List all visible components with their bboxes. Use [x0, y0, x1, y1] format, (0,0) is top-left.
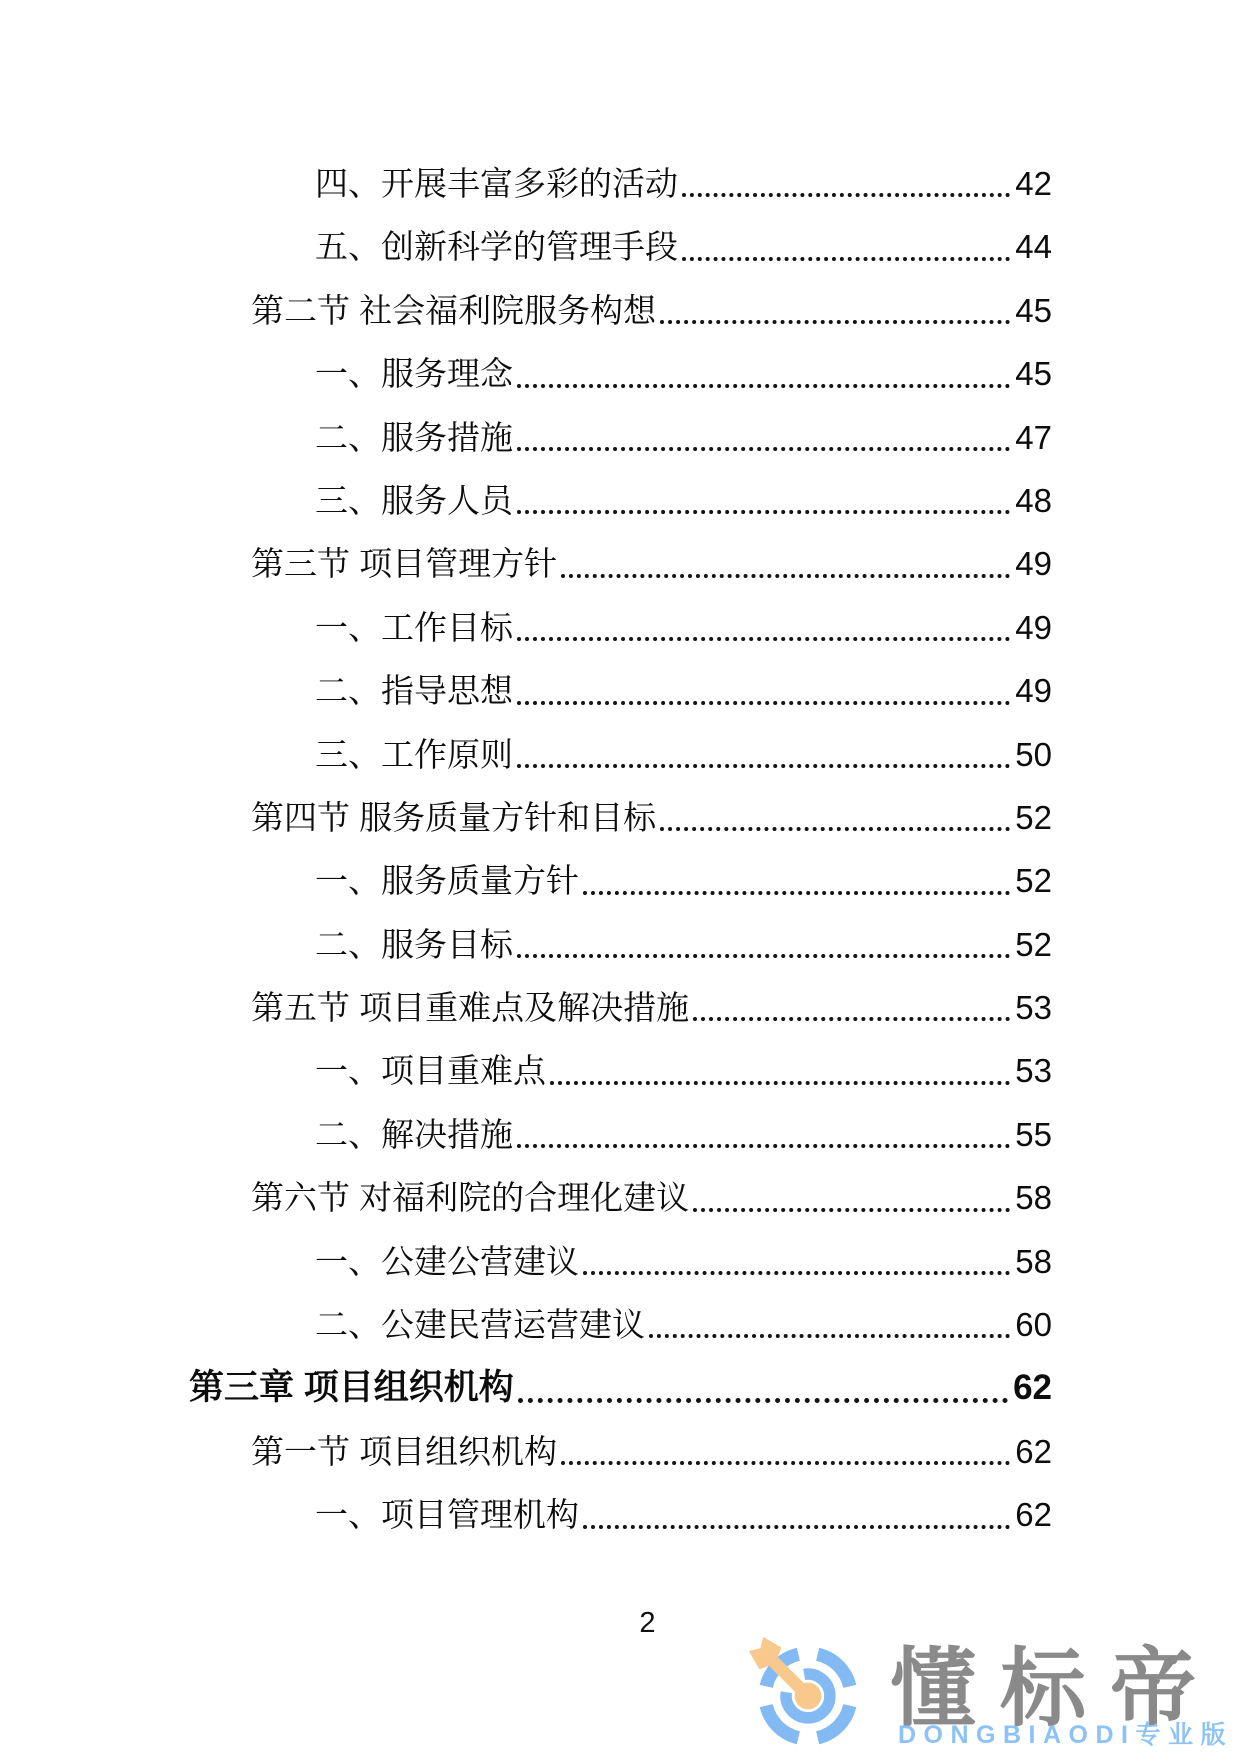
- toc-entry-page: 53: [1015, 1039, 1052, 1102]
- toc-entry[interactable]: 第五节 项目重难点及解决措施 53: [0, 976, 1241, 1039]
- toc-entry-page: 52: [1015, 913, 1052, 976]
- dot-leader: [550, 1081, 1010, 1085]
- toc-entry-page: 50: [1015, 723, 1052, 786]
- toc-entry-page: 44: [1015, 215, 1052, 278]
- watermark-subtitle: DONGBIAODI专业版: [898, 1722, 1233, 1750]
- toc-entry-label: 二、公建民营运营建议: [315, 1293, 645, 1356]
- toc-entry-label: 四、开展丰富多彩的活动: [315, 152, 678, 215]
- watermark-brand: 懂标帝: [890, 1646, 1220, 1732]
- toc-entry[interactable]: 第一节 项目组织机构 62: [0, 1420, 1241, 1483]
- toc-entry-page: 62: [1015, 1420, 1052, 1483]
- toc-entry[interactable]: 第二节 社会福利院服务构想 45: [0, 279, 1241, 342]
- toc-entry[interactable]: 二、指导思想 49: [0, 659, 1241, 722]
- dot-leader: [561, 1461, 1010, 1465]
- toc-entry-page: 47: [1015, 406, 1052, 469]
- toc-entry[interactable]: 第三节 项目管理方针 49: [0, 532, 1241, 595]
- table-of-contents: 四、开展丰富多彩的活动 42 五、创新科学的管理手段 44 第二节 社会福利院服…: [0, 152, 1241, 1547]
- dot-leader: [682, 257, 1010, 261]
- toc-entry[interactable]: 一、服务理念 45: [0, 342, 1241, 405]
- toc-entry-page: 52: [1015, 849, 1052, 912]
- toc-entry[interactable]: 四、开展丰富多彩的活动 42: [0, 152, 1241, 215]
- toc-entry-label: 第二节 社会福利院服务构想: [251, 279, 656, 342]
- toc-entry[interactable]: 三、工作原则 50: [0, 723, 1241, 786]
- toc-entry-label: 第六节 对福利院的合理化建议: [251, 1166, 689, 1229]
- toc-entry[interactable]: 第六节 对福利院的合理化建议 58: [0, 1166, 1241, 1229]
- target-dart-icon: [746, 1634, 870, 1754]
- toc-entry-label: 第四节 服务质量方针和目标: [251, 786, 656, 849]
- toc-entry-label: 一、项目重难点: [315, 1039, 546, 1102]
- toc-entry[interactable]: 二、服务目标 52: [0, 913, 1241, 976]
- toc-entry-page: 48: [1015, 469, 1052, 532]
- toc-entry-page: 62: [1013, 1356, 1052, 1419]
- toc-entry[interactable]: 第四节 服务质量方针和目标 52: [0, 786, 1241, 849]
- toc-entry-label: 一、服务理念: [315, 342, 513, 405]
- toc-entry-label: 第三节 项目管理方针: [251, 532, 557, 595]
- toc-entry-page: 49: [1015, 532, 1052, 595]
- toc-entry-label: 二、服务措施: [315, 406, 513, 469]
- dot-leader: [693, 1208, 1010, 1212]
- dot-leader: [517, 510, 1010, 514]
- toc-entry-label: 二、指导思想: [315, 659, 513, 722]
- toc-entry[interactable]: 五、创新科学的管理手段 44: [0, 215, 1241, 278]
- dot-leader: [561, 574, 1010, 578]
- dot-leader: [518, 1398, 1008, 1403]
- toc-entry-label: 一、项目管理机构: [315, 1483, 579, 1546]
- toc-entry-label: 第一节 项目组织机构: [251, 1420, 557, 1483]
- toc-entry-label: 第三章 项目组织机构: [189, 1356, 514, 1419]
- dot-leader: [517, 701, 1010, 705]
- dot-leader: [660, 320, 1010, 324]
- toc-entry[interactable]: 一、公建公营建议 58: [0, 1230, 1241, 1293]
- toc-entry[interactable]: 第三章 项目组织机构 62: [0, 1356, 1241, 1419]
- toc-entry-page: 58: [1015, 1166, 1052, 1229]
- toc-entry-page: 49: [1015, 596, 1052, 659]
- toc-entry[interactable]: 三、服务人员 48: [0, 469, 1241, 532]
- toc-entry-page: 58: [1015, 1230, 1052, 1293]
- toc-entry-label: 二、解决措施: [315, 1103, 513, 1166]
- dot-leader: [517, 954, 1010, 958]
- toc-entry-page: 55: [1015, 1103, 1052, 1166]
- dot-leader: [649, 1334, 1010, 1338]
- toc-entry[interactable]: 一、服务质量方针 52: [0, 849, 1241, 912]
- dot-leader: [693, 1017, 1010, 1021]
- dot-leader: [517, 764, 1010, 768]
- toc-entry-page: 49: [1015, 659, 1052, 722]
- toc-entry[interactable]: 二、服务措施 47: [0, 406, 1241, 469]
- footer-page-number: 2: [0, 1608, 1241, 1640]
- toc-entry[interactable]: 一、项目重难点 53: [0, 1039, 1241, 1102]
- dot-leader: [517, 637, 1010, 641]
- toc-entry-label: 一、工作目标: [315, 596, 513, 659]
- document-page: 四、开展丰富多彩的活动 42 五、创新科学的管理手段 44 第二节 社会福利院服…: [0, 0, 1241, 1754]
- toc-entry-label: 五、创新科学的管理手段: [315, 215, 678, 278]
- toc-entry-page: 45: [1015, 342, 1052, 405]
- toc-entry-label: 二、服务目标: [315, 913, 513, 976]
- toc-entry[interactable]: 一、工作目标 49: [0, 596, 1241, 659]
- toc-entry[interactable]: 二、解决措施 55: [0, 1103, 1241, 1166]
- dot-leader: [583, 1271, 1010, 1275]
- dot-leader: [660, 827, 1010, 831]
- toc-entry[interactable]: 二、公建民营运营建议 60: [0, 1293, 1241, 1356]
- toc-entry-label: 第五节 项目重难点及解决措施: [251, 976, 689, 1039]
- toc-entry-label: 三、服务人员: [315, 469, 513, 532]
- toc-entry-page: 60: [1015, 1293, 1052, 1356]
- dot-leader: [682, 193, 1010, 197]
- toc-entry-page: 53: [1015, 976, 1052, 1039]
- dot-leader: [517, 384, 1010, 388]
- dot-leader: [517, 1144, 1010, 1148]
- toc-entry-label: 一、服务质量方针: [315, 849, 579, 912]
- toc-entry-page: 52: [1015, 786, 1052, 849]
- toc-entry[interactable]: 一、项目管理机构 62: [0, 1483, 1241, 1546]
- toc-entry-label: 三、工作原则: [315, 723, 513, 786]
- toc-entry-label: 一、公建公营建议: [315, 1230, 579, 1293]
- dot-leader: [517, 447, 1010, 451]
- toc-entry-page: 45: [1015, 279, 1052, 342]
- toc-entry-page: 42: [1015, 152, 1052, 215]
- dot-leader: [583, 1525, 1010, 1529]
- dot-leader: [583, 891, 1010, 895]
- toc-entry-page: 62: [1015, 1483, 1052, 1546]
